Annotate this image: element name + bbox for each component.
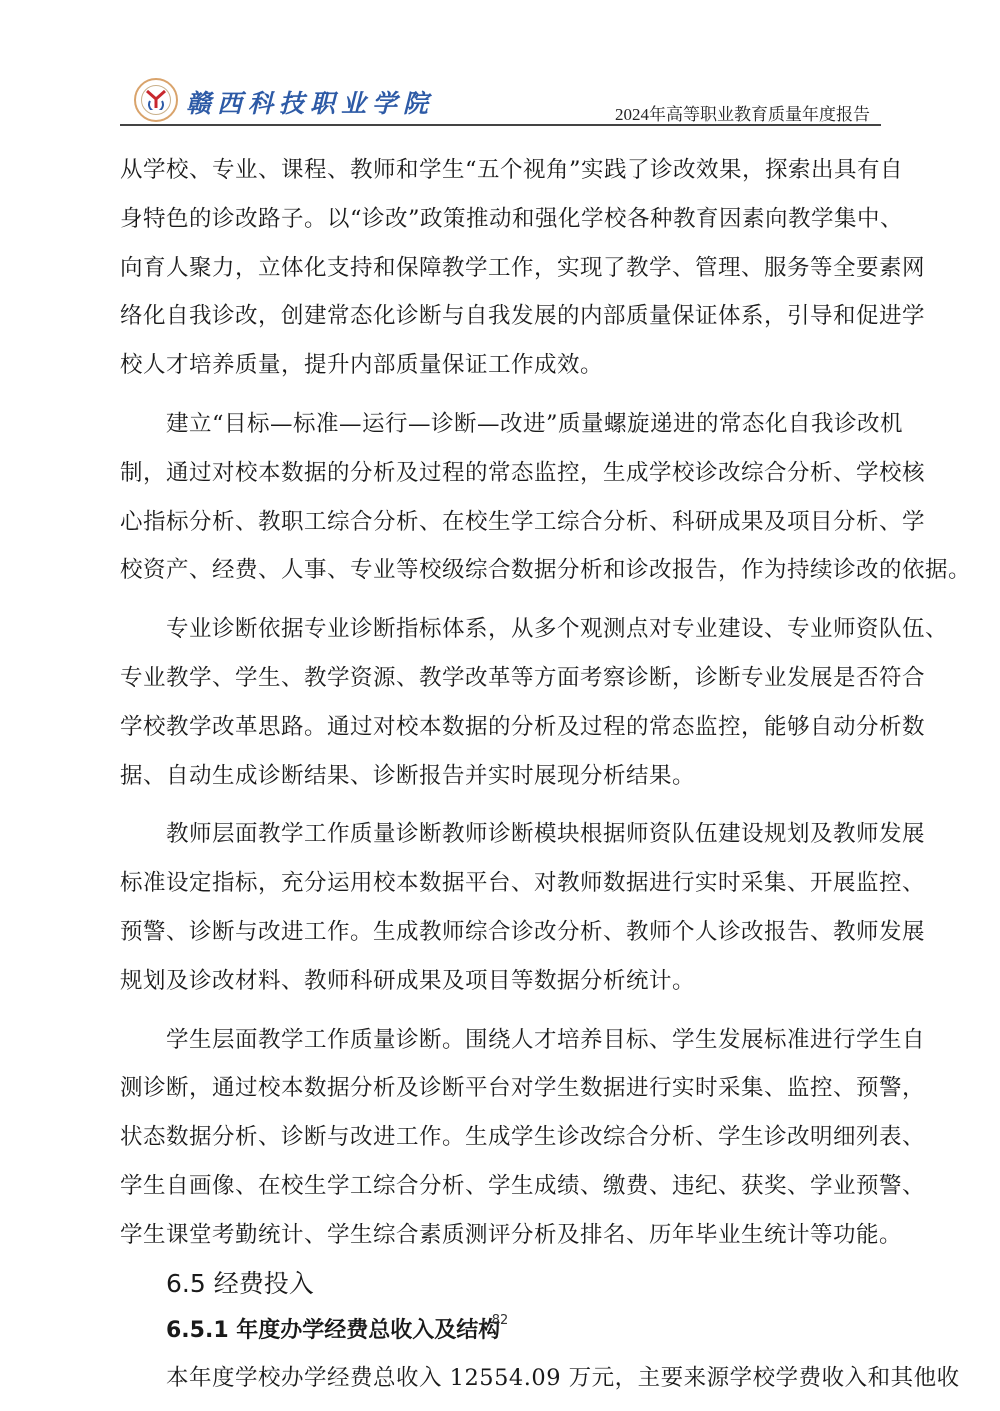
text-line: 教师层面教学工作质量诊断教师诊断模块根据师资队伍建设规划及教师发展 [120, 810, 882, 859]
section-heading: 6.5 经费投入 [120, 1260, 882, 1308]
text-line: 学生自画像、在校生学工综合分析、学生成绩、缴费、违纪、获奖、学业预警、 [120, 1162, 882, 1211]
text-line: 状态数据分析、诊断与改进工作。生成学生诊改综合分析、学生诊改明细列表、 [120, 1113, 882, 1162]
logo-emblem-icon [145, 88, 167, 110]
text-line: 从学校、专业、课程、教师和学生“五个视角”实践了诊改效果，探索出具有自 [120, 146, 882, 195]
text-line: 学校教学改革思路。通过对校本数据的分析及过程的常态监控，能够自动分析数 [120, 703, 882, 752]
paragraph-6: 本年度学校办学经费总收入 12554.09 万元，主要来源学校学费收入和其他收 [120, 1354, 882, 1403]
document-body: 从学校、专业、课程、教师和学生“五个视角”实践了诊改效果，探索出具有自 身特色的… [120, 146, 882, 1402]
spacer [120, 800, 882, 810]
header-divider [120, 124, 881, 126]
text-line: 测诊断，通过校本数据分析及诊断平台对学生数据进行实时采集、监控、预警， [120, 1064, 882, 1113]
school-name: 赣西科技职业学院 [186, 84, 434, 120]
text-line: 建立“目标—标准—运行—诊断—改进”质量螺旋递进的常态化自我诊改机 [120, 400, 882, 449]
text-line: 专业诊断依据专业诊断指标体系，从多个观测点对专业建设、专业师资队伍、 [120, 605, 882, 654]
page-number: 82 [0, 1313, 1000, 1328]
text-line: 预警、诊断与改进工作。生成教师综合诊改分析、教师个人诊改报告、教师发展 [120, 908, 882, 957]
text-line: 向育人聚力，立体化支持和保障教学工作，实现了教学、管理、服务等全要素网 [120, 244, 882, 293]
school-logo-icon [134, 78, 178, 122]
text-line: 规划及诊改材料、教师科研成果及项目等数据分析统计。 [120, 957, 882, 1006]
paragraph-2: 建立“目标—标准—运行—诊断—改进”质量螺旋递进的常态化自我诊改机 制，通过对校… [120, 400, 882, 595]
text-line: 专业教学、学生、教学资源、教学改革等方面考察诊断，诊断专业发展是否符合 [120, 654, 882, 703]
text-line: 心指标分析、教职工综合分析、在校生学工综合分析、科研成果及项目分析、学 [120, 498, 882, 547]
text-line: 制，通过对校本数据的分析及过程的常态监控，生成学校诊改综合分析、学校核 [120, 449, 882, 498]
paragraph-4: 教师层面教学工作质量诊断教师诊断模块根据师资队伍建设规划及教师发展 标准设定指标… [120, 810, 882, 1005]
text-line: 标准设定指标，充分运用校本数据平台、对教师数据进行实时采集、开展监控、 [120, 859, 882, 908]
paragraph-3: 专业诊断依据专业诊断指标体系，从多个观测点对专业建设、专业师资队伍、 专业教学、… [120, 605, 882, 800]
paragraph-1: 从学校、专业、课程、教师和学生“五个视角”实践了诊改效果，探索出具有自 身特色的… [120, 146, 882, 390]
text-line: 络化自我诊改，创建常态化诊断与自我发展的内部质量保证体系，引导和促进学 [120, 292, 882, 341]
text-line: 身特色的诊改路子。以“诊改”政策推动和强化学校各种教育因素向教学集中、 [120, 195, 882, 244]
text-line: 本年度学校办学经费总收入 12554.09 万元，主要来源学校学费收入和其他收 [120, 1354, 882, 1403]
text-line: 校资产、经费、人事、专业等校级综合数据分析和诊改报告，作为持续诊改的依据。 [120, 546, 882, 595]
paragraph-5: 学生层面教学工作质量诊断。围绕人才培养目标、学生发展标准进行学生自 测诊断，通过… [120, 1016, 882, 1260]
spacer [120, 1006, 882, 1016]
text-line: 据、自动生成诊断结果、诊断报告并实时展现分析结果。 [120, 752, 882, 801]
text-line: 校人才培养质量，提升内部质量保证工作成效。 [120, 341, 882, 390]
report-title: 2024年高等职业教育质量年度报告 [615, 100, 870, 125]
text-line: 学生层面教学工作质量诊断。围绕人才培养目标、学生发展标准进行学生自 [120, 1016, 882, 1065]
text-line: 学生课堂考勤统计、学生综合素质测评分析及排名、历年毕业生统计等功能。 [120, 1211, 882, 1260]
page-header: 赣西科技职业学院 2024年高等职业教育质量年度报告 [120, 72, 880, 126]
spacer [120, 390, 882, 400]
spacer [120, 595, 882, 605]
